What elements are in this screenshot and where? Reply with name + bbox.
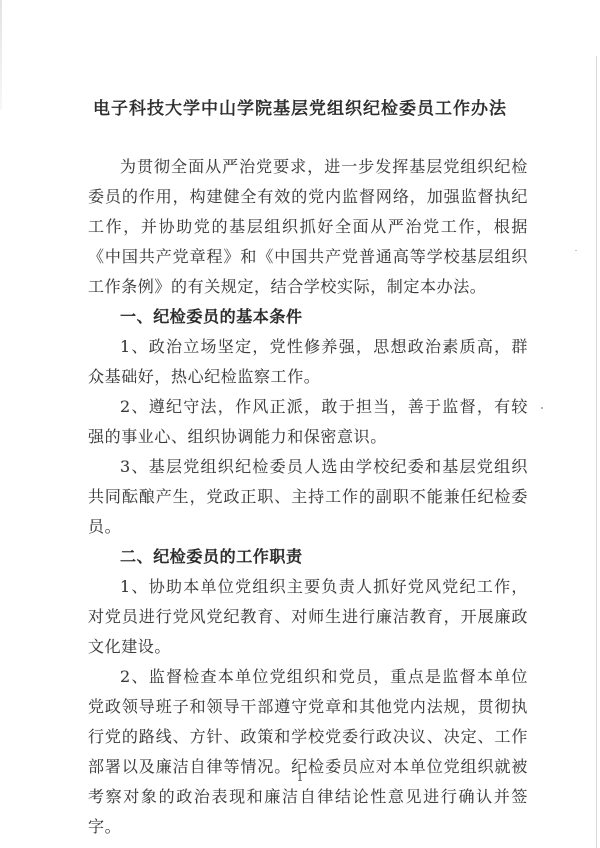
paragraph: 2、监督检查本单位党组织和党员，重点是监督本单位党政领导班子和领导干部遵守党章和… bbox=[88, 662, 528, 842]
section-heading: 二、纪检委员的工作职责 bbox=[88, 542, 528, 572]
document-title: 电子科技大学中山学院基层党组织纪检委员工作办法 bbox=[0, 94, 600, 119]
paragraph: 3、基层党组织纪检委员人选由学校纪委和基层党组织共同酝酿产生，党政正职、主持工作… bbox=[88, 452, 528, 542]
section-heading: 一、纪检委员的基本条件 bbox=[88, 302, 528, 332]
scan-speckle bbox=[575, 250, 577, 251]
scan-speckle bbox=[541, 407, 543, 409]
paragraph: 1、协助本单位党组织主要负责人抓好党风党纪工作，对党员进行党风党纪教育、对师生进… bbox=[88, 572, 528, 662]
scan-right-edge-line bbox=[596, 56, 597, 848]
page-number: 1 bbox=[0, 771, 600, 784]
paragraph: 为贯彻全面从严治党要求，进一步发挥基层党组织纪检委员的作用，构建健全有效的党内监… bbox=[88, 152, 528, 302]
document-body: 为贯彻全面从严治党要求，进一步发挥基层党组织纪检委员的作用，构建健全有效的党内监… bbox=[88, 152, 528, 842]
paragraph: 1、政治立场坚定，党性修养强，思想政治素质高，群众基础好，热心纪检监察工作。 bbox=[88, 332, 528, 392]
scanned-document-page: 电子科技大学中山学院基层党组织纪检委员工作办法 为贯彻全面从严治党要求，进一步发… bbox=[0, 0, 600, 848]
paragraph: 2、遵纪守法，作风正派，敢于担当，善于监督，有较强的事业心、组织协调能力和保密意… bbox=[88, 392, 528, 452]
